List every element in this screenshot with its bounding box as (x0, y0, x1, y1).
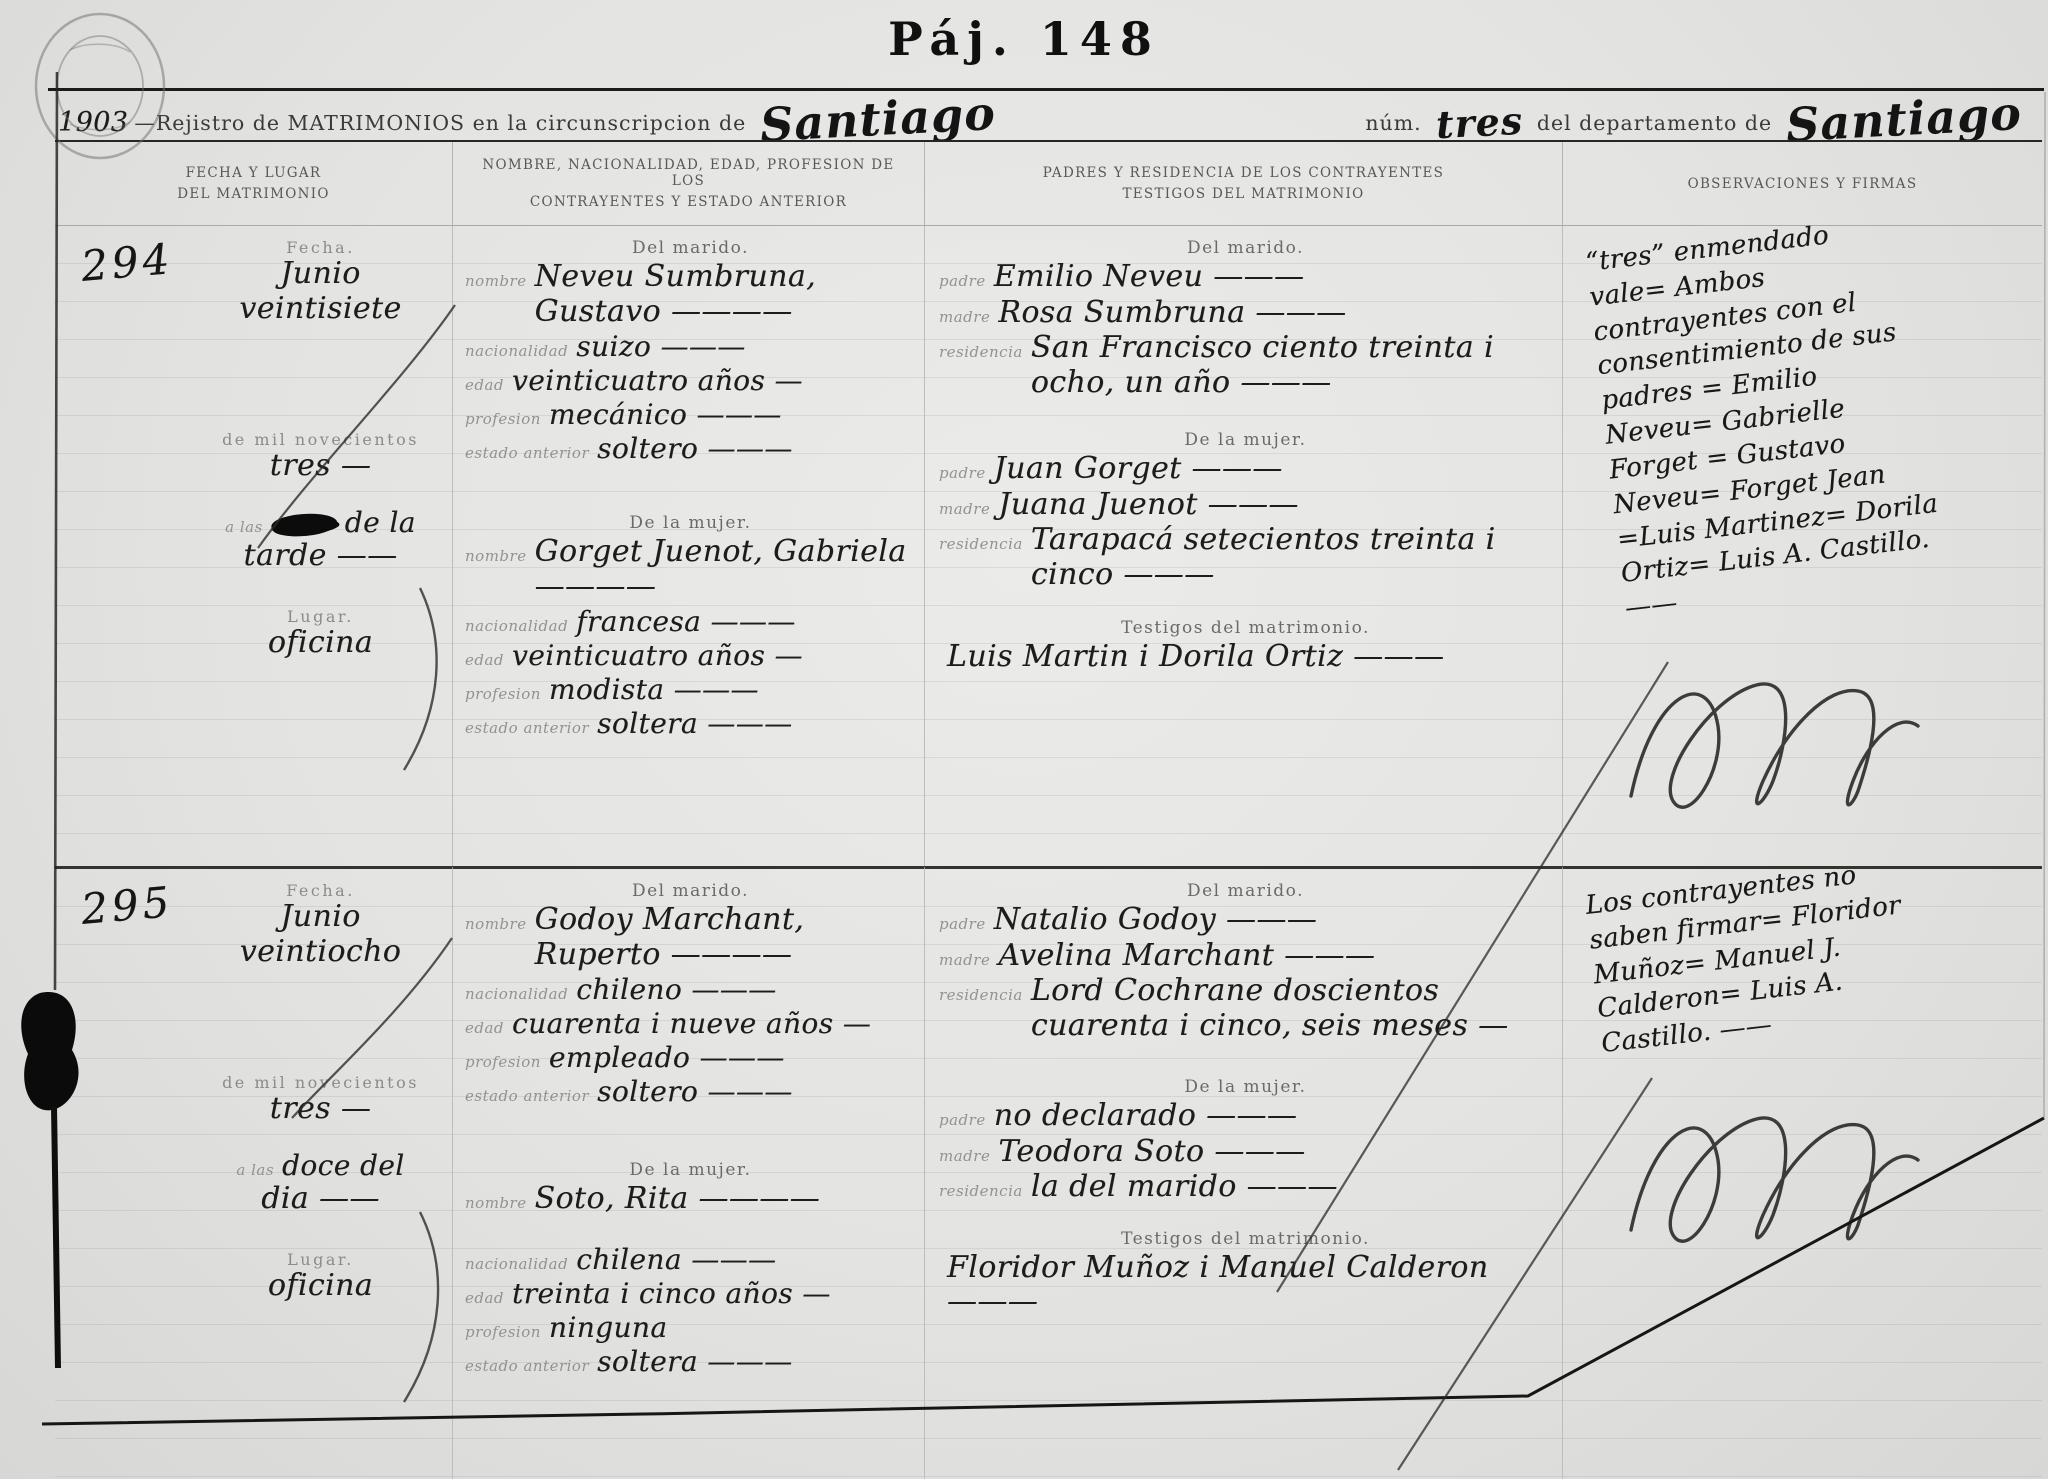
mujer-profesion: ninguna (549, 1311, 916, 1344)
profesion-label: profesion (465, 410, 541, 428)
marido-profesion: empleado ——— (549, 1041, 916, 1074)
del-marido-label: Del marido. (939, 238, 1552, 258)
edad-label: edad (465, 376, 504, 394)
lugar-value: oficina (205, 626, 436, 661)
nacionalidad-label: nacionalidad (465, 342, 568, 360)
madre-mujer: Juana Juenot ——— (998, 488, 1552, 523)
num-label: núm. (1365, 111, 1421, 138)
padre-label: padre (939, 1111, 986, 1129)
madre-label: madre (939, 1147, 990, 1165)
testigos-value: Luis Martin i Dorila Ortiz ——— (939, 640, 1552, 675)
padre-marido: Natalio Godoy ——— (994, 903, 1552, 938)
hora-value-2: tarde —— (205, 539, 436, 574)
del-marido-label: Del marido. (465, 881, 916, 901)
residencia-mujer: la del marido ——— (1031, 1170, 1552, 1205)
nacionalidad-label: nacionalidad (465, 985, 568, 1003)
mujer-nacionalidad: francesa ——— (576, 605, 916, 638)
page-edge-right (2044, 92, 2045, 1118)
madre-label: madre (939, 500, 990, 518)
testigos-label: Testigos del matrimonio. (939, 618, 1552, 638)
marido-nacionalidad: chileno ——— (576, 973, 916, 1006)
column-header-fecha: FECHA Y LUGAR DEL MATRIMONIO (55, 142, 453, 226)
registrar-signature (1613, 1065, 1943, 1315)
scratched-out-word (270, 511, 338, 539)
mujer-estado: soltera ——— (597, 1345, 916, 1378)
header-line: TESTIGOS DEL MATRIMONIO (1122, 186, 1364, 202)
nombre-label: nombre (465, 272, 527, 290)
mujer-edad: treinta i cinco años — (512, 1277, 916, 1310)
testigos-label: Testigos del matrimonio. (939, 1229, 1552, 1249)
marido-profesion: mecánico ——— (549, 398, 916, 431)
marido-estado: soltero ——— (597, 1075, 916, 1108)
de-la-mujer-label: De la mujer. (939, 430, 1552, 450)
residencia-label: residencia (939, 986, 1023, 1004)
mujer-estado: soltera ——— (597, 707, 916, 740)
register-title-row: 1903 —Rejistro de MATRIMONIOS en la circ… (48, 88, 2044, 140)
num-value: tres (1421, 105, 1538, 141)
anio-label: de mil novecientos (205, 430, 436, 449)
record-number: 294 (79, 234, 175, 291)
nacionalidad-label: nacionalidad (465, 1255, 568, 1273)
hora-label: a las (236, 1161, 274, 1179)
residencia-label: residencia (939, 343, 1023, 361)
document-page: Páj. 148 1903 —Rejistro de MATRIMONIOS e… (0, 0, 2048, 1479)
padre-mujer: Juan Gorget ——— (994, 452, 1552, 487)
observaciones-text: Los contrayentes no saben firmar= Florid… (1584, 852, 1932, 1062)
marido-nombre: Neveu Sumbruna, Gustavo ———— (535, 260, 916, 329)
header-line: FECHA Y LUGAR (186, 165, 322, 181)
padre-mujer: no declarado ——— (994, 1099, 1552, 1134)
record-295-padres-testigos: Del marido. padreNatalio Godoy ——— madre… (925, 866, 1563, 1479)
header-line: DEL MATRIMONIO (177, 186, 330, 202)
lugar-label: Lugar. (205, 1250, 436, 1269)
marido-edad: cuarenta i nueve años — (512, 1007, 916, 1040)
profesion-label: profesion (465, 1323, 541, 1341)
mujer-profesion: modista ——— (549, 673, 916, 706)
marido-edad: veinticuatro años — (512, 364, 916, 397)
column-header-observaciones: OBSERVACIONES Y FIRMAS (1563, 142, 2042, 226)
anio-label: de mil novecientos (205, 1073, 436, 1092)
de-la-mujer-label: De la mujer. (465, 513, 916, 533)
hora-label: a las (225, 518, 263, 536)
lugar-label: Lugar. (205, 607, 436, 626)
de-la-mujer-label: De la mujer. (939, 1077, 1552, 1097)
record-294-contrayentes: Del marido. nombreNeveu Sumbruna, Gustav… (453, 226, 925, 866)
record-294-fecha-lugar: 294 Fecha. Junio veintisiete de mil nove… (55, 226, 453, 866)
residencia-marido: San Francisco ciento treinta i ocho, un … (1031, 331, 1552, 400)
register-year: 1903 (58, 107, 128, 138)
anio-value: tres — (205, 449, 436, 484)
fecha-day: veintisiete (205, 292, 436, 327)
residencia-marido: Lord Cochrane doscientos cuarenta i cinc… (1031, 974, 1552, 1043)
page-number: Páj. 148 (888, 12, 1160, 66)
residencia-mujer: Tarapacá setecientos treinta i cinco ——— (1031, 523, 1552, 592)
del-marido-label: Del marido. (465, 238, 916, 258)
nombre-label: nombre (465, 547, 527, 565)
mujer-nombre: Gorget Juenot, Gabriela ———— (535, 535, 916, 604)
departamento-value: Santiago (1771, 94, 2036, 145)
residencia-label: residencia (939, 535, 1023, 553)
edad-label: edad (465, 651, 504, 669)
profesion-label: profesion (465, 1053, 541, 1071)
nacionalidad-label: nacionalidad (465, 617, 568, 635)
padre-label: padre (939, 915, 986, 933)
anio-value: tres — (205, 1092, 436, 1127)
nombre-label: nombre (465, 1194, 527, 1212)
page-header: Páj. 148 (0, 0, 2048, 76)
mujer-nacionalidad: chilena ——— (576, 1243, 916, 1276)
edad-label: edad (465, 1289, 504, 1307)
observaciones-text: “tres” enmendado vale= Ambos contrayente… (1584, 209, 1955, 627)
mujer-nombre: Soto, Rita ———— (535, 1182, 916, 1217)
record-294-observaciones: “tres” enmendado vale= Ambos contrayente… (1563, 226, 2042, 866)
madre-label: madre (939, 308, 990, 326)
hora-value: de la (345, 506, 416, 539)
padre-marido: Emilio Neveu ——— (994, 260, 1552, 295)
hora-value: doce del (282, 1149, 405, 1182)
estado-anterior-label: estado anterior (465, 444, 589, 462)
header-line: NOMBRE, NACIONALIDAD, EDAD, PROFESION DE… (467, 157, 910, 189)
registrar-signature (1613, 631, 1943, 881)
record-295-contrayentes: Del marido. nombreGodoy Marchant, Rupert… (453, 866, 925, 1479)
lugar-value: oficina (205, 1269, 436, 1304)
circunscripcion-value: Santiago (745, 94, 1010, 145)
hora-value-2: dia —— (205, 1182, 436, 1217)
profesion-label: profesion (465, 685, 541, 703)
column-header-contrayentes: NOMBRE, NACIONALIDAD, EDAD, PROFESION DE… (453, 142, 925, 226)
register-table: FECHA Y LUGAR DEL MATRIMONIO NOMBRE, NAC… (55, 140, 2042, 1479)
padre-label: padre (939, 464, 986, 482)
marido-nacionalidad: suizo ——— (576, 330, 916, 363)
fecha-day: veintiocho (205, 935, 436, 970)
del-marido-label: Del marido. (939, 881, 1552, 901)
mujer-edad: veinticuatro años — (512, 639, 916, 672)
padre-label: padre (939, 272, 986, 290)
column-header-padres: PADRES Y RESIDENCIA DE LOS CONTRAYENTES … (925, 142, 1563, 226)
estado-anterior-label: estado anterior (465, 1357, 589, 1375)
fecha-label: Fecha. (205, 238, 436, 257)
madre-marido: Avelina Marchant ——— (998, 939, 1552, 974)
departamento-label: del departamento de (1537, 111, 1772, 138)
madre-mujer: Teodora Soto ——— (998, 1135, 1552, 1170)
record-295-fecha-lugar: 295 Fecha. Junio veintiocho de mil novec… (55, 866, 453, 1479)
fecha-label: Fecha. (205, 881, 436, 900)
fecha-month: Junio (205, 900, 436, 935)
madre-marido: Rosa Sumbruna ——— (998, 296, 1552, 331)
de-la-mujer-label: De la mujer. (465, 1160, 916, 1180)
residencia-label: residencia (939, 1182, 1023, 1200)
estado-anterior-label: estado anterior (465, 719, 589, 737)
marido-estado: soltero ——— (597, 432, 916, 465)
fecha-month: Junio (205, 257, 436, 292)
header-line: OBSERVACIONES Y FIRMAS (1688, 176, 1918, 192)
record-number: 295 (79, 877, 175, 934)
edad-label: edad (465, 1019, 504, 1037)
record-294-padres-testigos: Del marido. padreEmilio Neveu ——— madreR… (925, 226, 1563, 866)
nombre-label: nombre (465, 915, 527, 933)
marido-nombre: Godoy Marchant, Ruperto ———— (535, 903, 916, 972)
record-295-observaciones: Los contrayentes no saben firmar= Florid… (1563, 866, 2042, 1479)
estado-anterior-label: estado anterior (465, 1087, 589, 1105)
madre-label: madre (939, 951, 990, 969)
testigos-value: Floridor Muñoz i Manuel Calderon ——— (939, 1251, 1552, 1320)
header-line: PADRES Y RESIDENCIA DE LOS CONTRAYENTES (1043, 165, 1444, 181)
register-title-text: —Rejistro de MATRIMONIOS en la circunscr… (134, 111, 746, 138)
header-line: CONTRAYENTES Y ESTADO ANTERIOR (530, 194, 847, 210)
